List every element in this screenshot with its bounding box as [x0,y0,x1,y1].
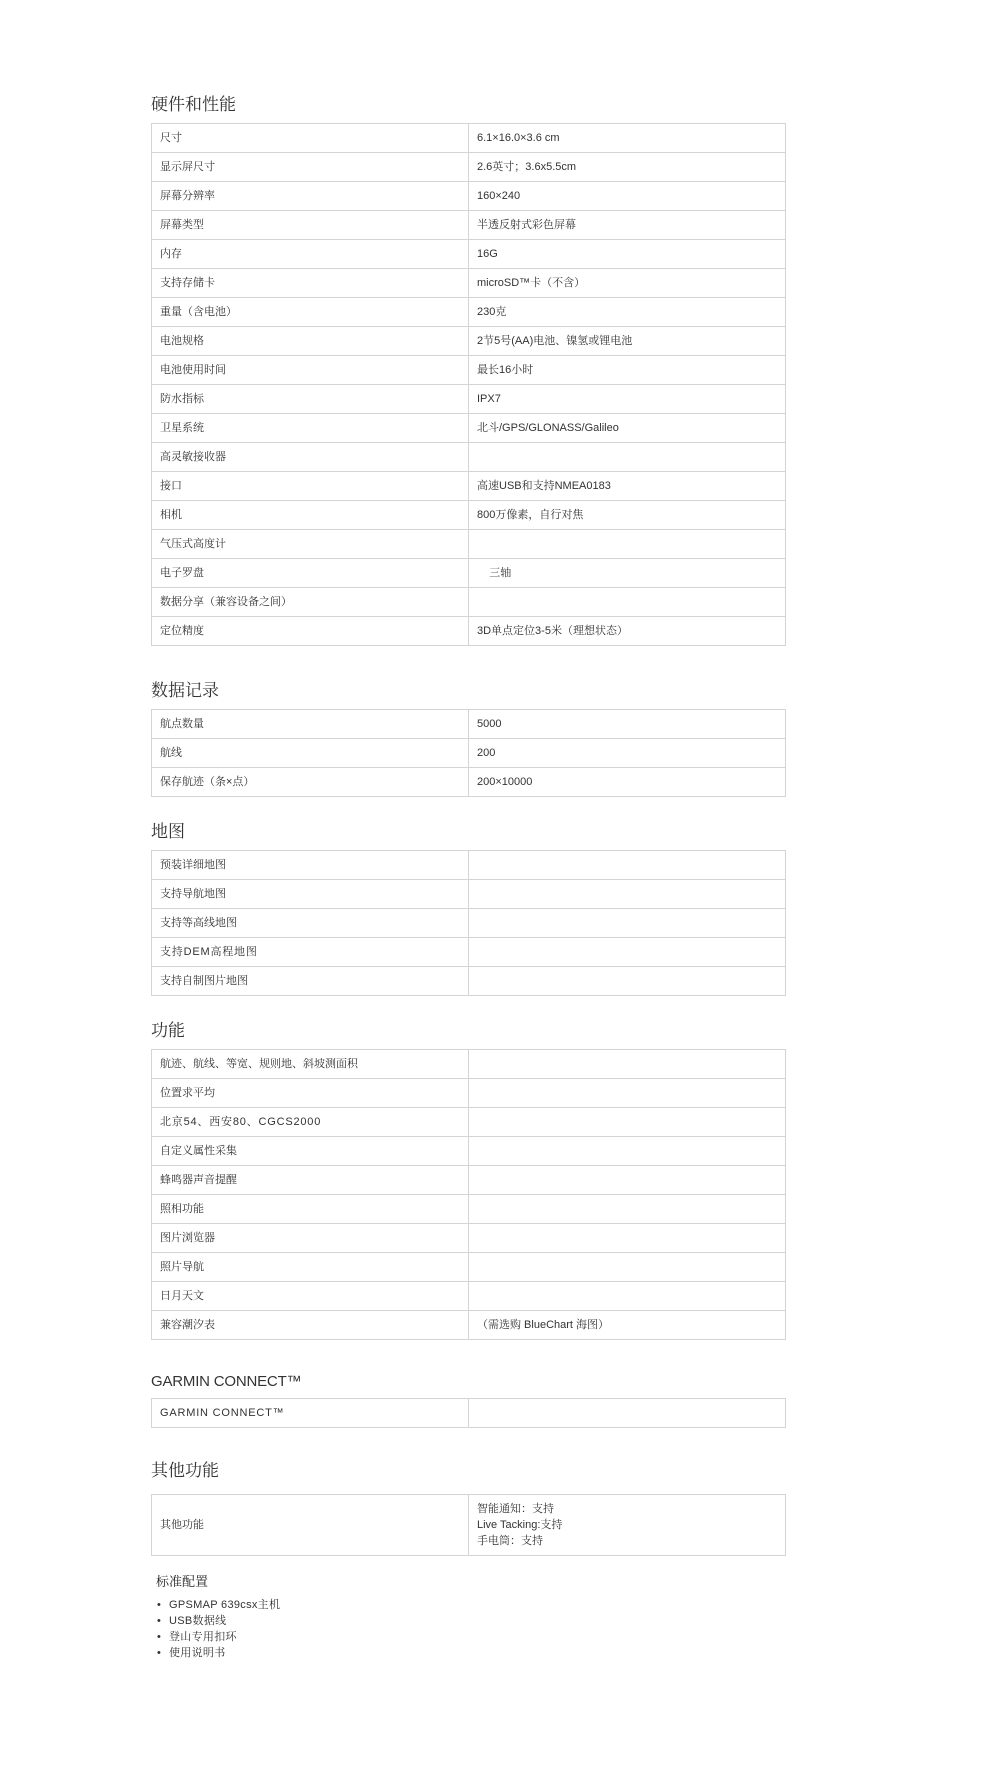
spec-key: 支持存储卡 [152,269,469,298]
spec-key: 图片浏览器 [152,1224,469,1253]
table-row: 保存航迹（条×点）200×10000 [152,768,786,797]
table-row: 航点数量5000 [152,710,786,739]
section-title-features: 功能 [151,1021,185,1041]
spec-key: 支持导航地图 [152,880,469,909]
spec-value [469,530,786,559]
section-title-garmin-connect: GARMIN CONNECT™ [151,1372,301,1392]
table-row: 相机800万像素，自行对焦 [152,501,786,530]
table-row: 支持存储卡microSD™卡（不含） [152,269,786,298]
spec-value [469,1282,786,1311]
section-title-other-features: 其他功能 [151,1461,219,1481]
table-row: 重量（含电池）230克 [152,298,786,327]
spec-value: 200×10000 [469,768,786,797]
bullet-icon: • [157,1645,161,1661]
table-row: 显示屏尺寸2.6英寸；3.6x5.5cm [152,153,786,182]
spec-value [469,1166,786,1195]
bullet-icon: • [157,1629,161,1645]
spec-key: 蜂鸣器声音提醒 [152,1166,469,1195]
spec-value [469,1108,786,1137]
spec-key: 预装详细地图 [152,851,469,880]
spec-value: 三轴 [469,559,786,588]
spec-key: GARMIN CONNECT™ [152,1399,469,1428]
spec-key: 重量（含电池） [152,298,469,327]
spec-value [469,1137,786,1166]
spec-key: 尺寸 [152,124,469,153]
table-row: 北京54、西安80、CGCS2000 [152,1108,786,1137]
spec-value: 半透反射式彩色屏幕 [469,211,786,240]
section-title-data-record: 数据记录 [151,681,219,701]
spec-value: 2节5号(AA)电池、镍氢或锂电池 [469,327,786,356]
table-row: 卫星系统北斗/GPS/GLONASS/Galileo [152,414,786,443]
spec-value: 智能通知：支持 Live Tacking:支持 手电筒：支持 [469,1495,786,1556]
spec-value: 2.6英寸；3.6x5.5cm [469,153,786,182]
spec-value: 160×240 [469,182,786,211]
spec-key: 屏幕分辨率 [152,182,469,211]
spec-value: 最长16小时 [469,356,786,385]
spec-key: 日月天文 [152,1282,469,1311]
list-item: •USB数据线 [156,1613,280,1629]
table-row: 电池规格2节5号(AA)电池、镍氢或锂电池 [152,327,786,356]
table-row: 照片导航 [152,1253,786,1282]
spec-value: 16G [469,240,786,269]
table-row: 图片浏览器 [152,1224,786,1253]
table-row: 气压式高度计 [152,530,786,559]
spec-key: 支持自制图片地图 [152,967,469,996]
table-row: 内存16G [152,240,786,269]
spec-value [469,967,786,996]
spec-value: 200 [469,739,786,768]
table-row: 位置求平均 [152,1079,786,1108]
spec-key: 定位精度 [152,617,469,646]
spec-key: 自定义属性采集 [152,1137,469,1166]
spec-value: 5000 [469,710,786,739]
table-row: 航线200 [152,739,786,768]
features-spec-table: 航迹、航线、等宽、规则地、斜坡测面积位置求平均北京54、西安80、CGCS200… [151,1049,786,1340]
spec-value [469,909,786,938]
spec-value: 6.1×16.0×3.6 cm [469,124,786,153]
spec-value [469,1079,786,1108]
spec-key: 高灵敏接收器 [152,443,469,472]
table-row: 蜂鸣器声音提醒 [152,1166,786,1195]
table-row: 防水指标IPX7 [152,385,786,414]
spec-value: microSD™卡（不含） [469,269,786,298]
standard-config-title: 标准配置 [156,1571,280,1590]
standard-config: 标准配置 •GPSMAP 639csx主机 •USB数据线 •登山专用扣环 •使… [156,1571,280,1661]
spec-value: （需选购 BlueChart 海图） [469,1311,786,1340]
list-item-label: USB数据线 [169,1615,226,1627]
spec-key: 电池使用时间 [152,356,469,385]
standard-config-list: •GPSMAP 639csx主机 •USB数据线 •登山专用扣环 •使用说明书 [156,1597,280,1661]
spec-value [469,1253,786,1282]
table-row: 其他功能智能通知：支持 Live Tacking:支持 手电筒：支持 [152,1495,786,1556]
table-row: 支持自制图片地图 [152,967,786,996]
spec-value: IPX7 [469,385,786,414]
spec-key: 数据分享（兼容设备之间） [152,588,469,617]
spec-key: 航迹、航线、等宽、规则地、斜坡测面积 [152,1050,469,1079]
spec-key: 航线 [152,739,469,768]
spec-value: 230克 [469,298,786,327]
table-row: 定位精度3D单点定位3-5米（理想状态） [152,617,786,646]
table-row: 支持DEM高程地图 [152,938,786,967]
spec-key: 显示屏尺寸 [152,153,469,182]
spec-value [469,1224,786,1253]
bullet-icon: • [157,1613,161,1629]
spec-value [469,938,786,967]
spec-value: 3D单点定位3-5米（理想状态） [469,617,786,646]
data-record-spec-table: 航点数量5000航线200保存航迹（条×点）200×10000 [151,709,786,797]
spec-value [469,1195,786,1224]
other-features-spec-table: 其他功能智能通知：支持 Live Tacking:支持 手电筒：支持 [151,1494,786,1556]
spec-value: 高速USB和支持NMEA0183 [469,472,786,501]
spec-key: 航点数量 [152,710,469,739]
table-row: 兼容潮汐表（需选购 BlueChart 海图） [152,1311,786,1340]
spec-key: 北京54、西安80、CGCS2000 [152,1108,469,1137]
table-row: 高灵敏接收器 [152,443,786,472]
table-row: 自定义属性采集 [152,1137,786,1166]
table-row: 照相功能 [152,1195,786,1224]
spec-key: 相机 [152,501,469,530]
table-row: GARMIN CONNECT™ [152,1399,786,1428]
table-row: 电子罗盘 三轴 [152,559,786,588]
spec-value [469,880,786,909]
spec-value [469,443,786,472]
spec-key: 卫星系统 [152,414,469,443]
maps-spec-table: 预装详细地图支持导航地图支持等高线地图支持DEM高程地图支持自制图片地图 [151,850,786,996]
table-row: 日月天文 [152,1282,786,1311]
spec-key: 保存航迹（条×点） [152,768,469,797]
section-title-hardware: 硬件和性能 [151,95,236,115]
spec-value [469,1050,786,1079]
list-item: •使用说明书 [156,1645,280,1661]
list-item-label: 登山专用扣环 [169,1631,237,1643]
hardware-spec-table: 尺寸6.1×16.0×3.6 cm显示屏尺寸2.6英寸；3.6x5.5cm屏幕分… [151,123,786,646]
spec-key: 位置求平均 [152,1079,469,1108]
spec-key: 接口 [152,472,469,501]
spec-value [469,851,786,880]
spec-key: 内存 [152,240,469,269]
list-item: •GPSMAP 639csx主机 [156,1597,280,1613]
spec-key: 其他功能 [152,1495,469,1556]
spec-value: 800万像素，自行对焦 [469,501,786,530]
garmin-connect-spec-table: GARMIN CONNECT™ [151,1398,786,1428]
table-row: 航迹、航线、等宽、规则地、斜坡测面积 [152,1050,786,1079]
spec-key: 屏幕类型 [152,211,469,240]
table-row: 数据分享（兼容设备之间） [152,588,786,617]
table-row: 接口高速USB和支持NMEA0183 [152,472,786,501]
spec-key: 气压式高度计 [152,530,469,559]
spec-key: 照相功能 [152,1195,469,1224]
table-row: 电池使用时间最长16小时 [152,356,786,385]
table-row: 尺寸6.1×16.0×3.6 cm [152,124,786,153]
spec-key: 电子罗盘 [152,559,469,588]
list-item: •登山专用扣环 [156,1629,280,1645]
section-title-maps: 地图 [151,822,185,842]
spec-value: 北斗/GPS/GLONASS/Galileo [469,414,786,443]
spec-key: 照片导航 [152,1253,469,1282]
bullet-icon: • [157,1597,161,1613]
spec-key: 防水指标 [152,385,469,414]
list-item-label: 使用说明书 [169,1647,226,1659]
spec-value [469,588,786,617]
list-item-label: GPSMAP 639csx主机 [169,1599,280,1611]
spec-key: 兼容潮汐表 [152,1311,469,1340]
spec-key: 支持等高线地图 [152,909,469,938]
spec-key: 电池规格 [152,327,469,356]
table-row: 支持等高线地图 [152,909,786,938]
table-row: 预装详细地图 [152,851,786,880]
spec-key: 支持DEM高程地图 [152,938,469,967]
spec-value [469,1399,786,1428]
table-row: 屏幕分辨率160×240 [152,182,786,211]
table-row: 支持导航地图 [152,880,786,909]
table-row: 屏幕类型半透反射式彩色屏幕 [152,211,786,240]
